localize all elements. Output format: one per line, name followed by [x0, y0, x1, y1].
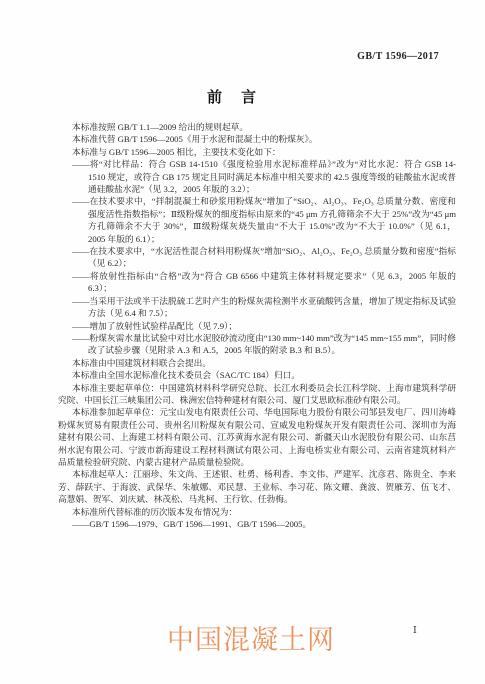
foreword-paragraph-4: ——在技术要求中，“拌制混凝土和砂浆用粉煤灰”增加了“SiO₂、Al₂O₃、Fe… — [58, 195, 456, 245]
watermark-text: 中国混凝土网 — [167, 618, 335, 657]
foreword-paragraph-0: 本标准按照 GB/T 1.1—2009 给出的规则起草。 — [58, 121, 456, 133]
foreword-paragraph-16: ——GB/T 1596—1979、GB/T 1596—1991、GB/T 159… — [58, 518, 456, 530]
foreword-paragraph-13: 本标准参加起草单位：元宝山发电有限责任公司、华电国际电力股份有限公司邹县发电厂、… — [58, 406, 456, 468]
foreword-paragraph-9: ——粉煤灰需水量比试验中对比水泥胶砂流动度由“130 mm~140 mm”改为“… — [58, 332, 456, 357]
foreword-paragraph-7: ——当采用干法或半干法脱硫工艺时产生的粉煤灰需检测半水亚硫酸钙含量，增加了规定指… — [58, 295, 456, 320]
foreword-paragraph-10: 本标准由中国建筑材料联合会提出。 — [58, 357, 456, 369]
foreword-paragraph-11: 本标准由全国水泥标准化技术委员会（SAC/TC 184）归口。 — [58, 369, 456, 381]
foreword-paragraph-12: 本标准主要起草单位：中国建筑材料科学研究总院、长江水利委员会长江科学院、上海市建… — [58, 382, 456, 407]
document-page: GB/T 1596—2017 前 言 本标准按照 GB/T 1.1—2009 给… — [0, 0, 485, 684]
foreword-body: 本标准按照 GB/T 1.1—2009 给出的规则起草。本标准代替 GB/T 1… — [58, 121, 456, 530]
foreword-paragraph-5: ——在技术要求中，“水泥活性混合材料用粉煤灰”增加“SiO₂、Al₂O₃、Fe₂… — [58, 245, 456, 270]
foreword-paragraph-3: ——将“对比样品：符合 GSB 14-1510《强度检验用水泥标准样品》”改为“… — [58, 158, 456, 195]
foreword-paragraph-1: 本标准代替 GB/T 1596—2005《用于水泥和混凝土中的粉煤灰》。 — [58, 133, 456, 145]
foreword-paragraph-14: 本标准起草人：江丽珍、朱文尚、王述银、杜勇、杨利香、李文伟、严建军、沈彦君、陈贵… — [58, 468, 456, 505]
standard-number-header: GB/T 1596—2017 — [357, 51, 439, 62]
foreword-title: 前 言 — [0, 86, 465, 107]
foreword-paragraph-8: ——增加了放射性试验样品配比（见 7.9）； — [58, 320, 456, 332]
foreword-paragraph-2: 本标准与 GB/T 1596—2005 相比，主要技术变化如下： — [58, 146, 456, 158]
page-number: Ⅰ — [413, 625, 417, 636]
foreword-paragraph-6: ——将放射性指标由“合格”改为“符合 GB 6566 中建筑主体材料规定要求”（… — [58, 270, 456, 295]
foreword-paragraph-15: 本标准所代替标准的历次版本发布情况为： — [58, 506, 456, 518]
